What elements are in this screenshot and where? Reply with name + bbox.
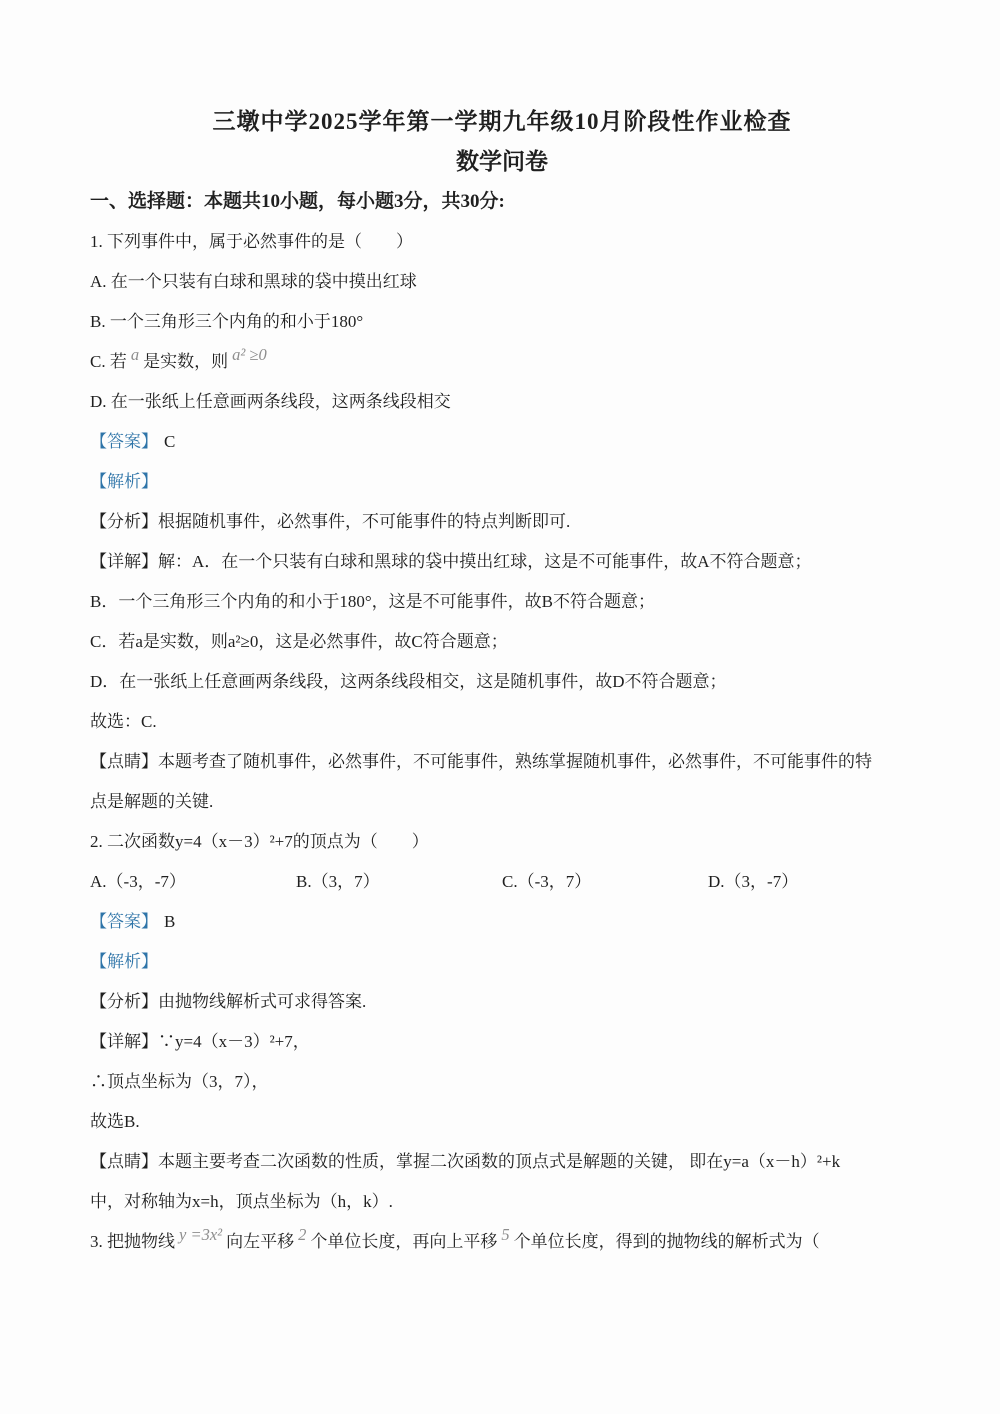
q1-detail-line-4: D．在一张纸上任意画两条线段，这两条线段相交，这是随机事件，故D不符合题意； [90, 662, 914, 702]
q2-option-d: D.（3，-7） [708, 862, 914, 902]
q2-stem: 2. 二次函数y=4（x－3）²+7的顶点为（ ） [90, 822, 914, 862]
q3-stem-prefix: 3. 把抛物线 [90, 1232, 175, 1251]
q1-option-a: A. 在一个只装有白球和黑球的袋中摸出红球 [90, 262, 914, 302]
exam-document: 三墩中学2025学年第一学期九年级10月阶段性作业检查 数学问卷 一、选择题：本… [0, 0, 1000, 1414]
q1-remark-line-2: 点是解题的关键. [90, 782, 914, 822]
q1-detail-line-3: C．若a是实数，则a²≥0，这是必然事件，故C符合题意； [90, 622, 914, 662]
q2-option-c: C.（-3，7） [502, 862, 708, 902]
q1-detail-line-1: 【详解】解：A．在一个只装有白球和黑球的袋中摸出红球，这是不可能事件，故A不符合… [90, 542, 914, 582]
answer-value: C [164, 432, 175, 451]
formula-y-equals-3x-squared: y =3x² [179, 1225, 222, 1244]
q2-detail-line-2: ∴顶点坐标为（3，7）， [90, 1062, 914, 1102]
q3-stem-mid-3: 个单位长度，得到的抛物线的解析式为（ [514, 1232, 820, 1251]
section-heading: 一、选择题：本题共10小题，每小题3分，共30分: [90, 182, 914, 222]
jiexi-tag: 【解析】 [90, 472, 158, 491]
q1-fenxi-line: 【分析】根据随机事件，必然事件，不可能事件的特点判断即可. [90, 502, 914, 542]
q1-answer-line: 【答案】C [90, 422, 914, 462]
q1-jiexi-line: 【解析】 [90, 462, 914, 502]
q1-detail-line-2: B．一个三角形三个内角的和小于180°，这是不可能事件，故B不符合题意； [90, 582, 914, 622]
q2-option-a: A.（-3，-7） [90, 862, 296, 902]
q1-option-d: D. 在一张纸上任意画两条线段，这两条线段相交 [90, 382, 914, 422]
q2-answer-line: 【答案】B [90, 902, 914, 942]
formula-2: 2 [298, 1225, 306, 1244]
q2-fenxi-line: 【分析】由抛物线解析式可求得答案. [90, 982, 914, 1022]
q1-option-c-prefix: C. 若 [90, 352, 127, 371]
jiexi-tag: 【解析】 [90, 952, 158, 971]
q3-stem-mid-1: 向左平移 [226, 1232, 294, 1251]
q2-conclusion-line: 故选B. [90, 1102, 914, 1142]
doc-subtitle: 数学问卷 [90, 142, 914, 182]
answer-tag: 【答案】 [90, 432, 158, 451]
q2-options-row: A.（-3，-7） B.（3，7） C.（-3，7） D.（3，-7） [90, 862, 914, 902]
q1-option-b: B. 一个三角形三个内角的和小于180° [90, 302, 914, 342]
answer-tag: 【答案】 [90, 912, 158, 931]
q1-option-c-mid: 是实数，则 [143, 352, 228, 371]
q1-remark-line-1: 【点睛】本题考查了随机事件，必然事件，不可能事件，熟练掌握随机事件，必然事件，不… [90, 742, 914, 782]
q2-remark-line-2: 中，对称轴为x=h，顶点坐标为（h，k）. [90, 1182, 914, 1222]
q1-option-c: C. 若a是实数，则a² ≥0 [90, 342, 914, 382]
q3-stem-mid-2: 个单位长度，再向上平移 [310, 1232, 497, 1251]
formula-5: 5 [501, 1225, 509, 1244]
q1-conclusion-line: 故选：C. [90, 702, 914, 742]
q1-stem: 1. 下列事件中，属于必然事件的是（ ） [90, 222, 914, 262]
q2-detail-line-1: 【详解】∵y=4（x－3）²+7， [90, 1022, 914, 1062]
q2-jiexi-line: 【解析】 [90, 942, 914, 982]
formula-a: a [131, 345, 139, 364]
formula-a-squared-geq-0: a² ≥0 [232, 345, 267, 364]
q2-option-b: B.（3，7） [296, 862, 502, 902]
doc-title: 三墩中学2025学年第一学期九年级10月阶段性作业检查 [90, 102, 914, 142]
q2-remark-line-1: 【点睛】本题主要考查二次函数的性质，掌握二次函数的顶点式是解题的关键， 即在y=… [90, 1142, 914, 1182]
answer-value: B [164, 912, 175, 931]
q3-stem: 3. 把抛物线y =3x²向左平移2个单位长度，再向上平移5个单位长度，得到的抛… [90, 1222, 914, 1262]
